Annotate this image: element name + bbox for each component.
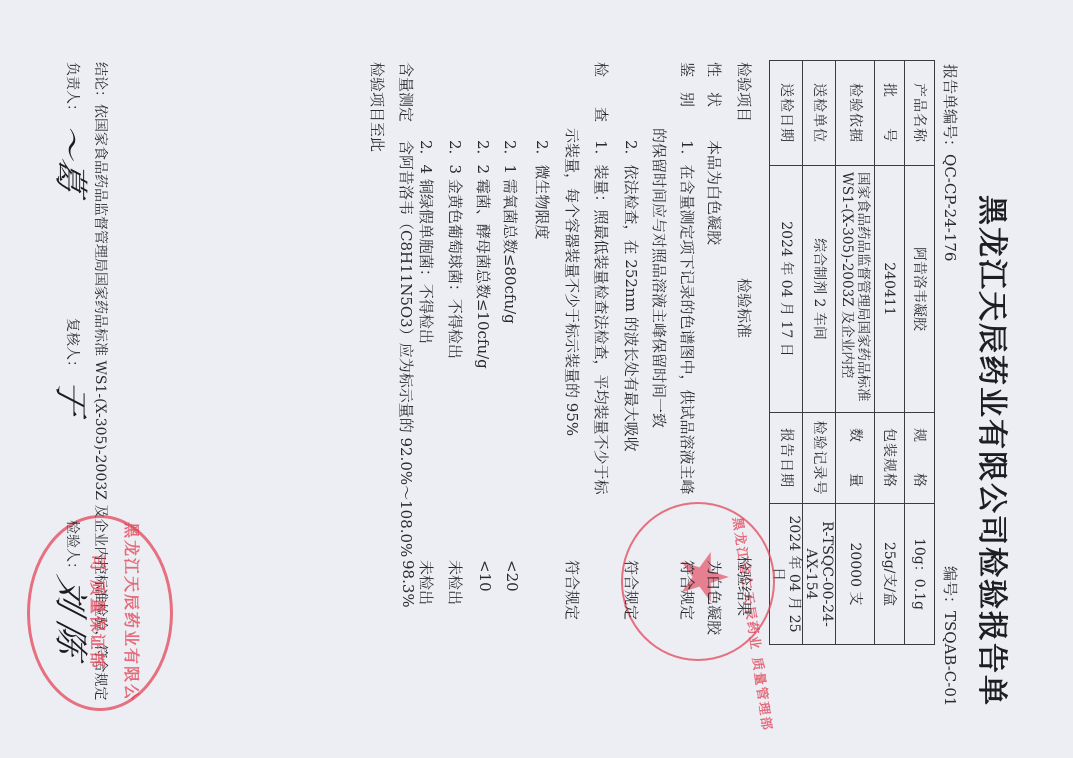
result-value: 未检出 — [416, 560, 437, 605]
end-note: 检验项目至此 — [367, 62, 388, 152]
result-item-label: 含量测定 — [396, 62, 417, 122]
label-batch: 批 号 — [875, 61, 905, 166]
table-row: 送检日期 2024 年 04 月 17 日 报告日期 2024 年 04 月 2… — [770, 61, 803, 645]
label-record-no: 检验记录号 — [803, 413, 836, 504]
inspector-signature: 刘 陈 — [49, 571, 98, 663]
table-row: 检验依据 国家食品药品监督管理局国家药品标准 WS1-(X-305)-2003Z… — [836, 61, 875, 645]
form-serial-label: 编号： — [941, 566, 959, 611]
conclusion-label: 结论： — [92, 62, 108, 104]
responsible-signature: 〜葛 — [49, 118, 98, 199]
report-title: 黑龙江天辰药业有限公司检验报告单 — [973, 195, 1017, 707]
result-value: 符合规定 — [562, 560, 583, 620]
value-batch: 240411 — [875, 166, 905, 413]
result-standard-text: 1．在含量测定项下记录的色谱图中，供试品溶液主峰 — [677, 140, 698, 495]
result-standard-text: 2．3 金黄色葡萄球菌：不得检出 — [445, 140, 466, 359]
result-standard-text: 2．4 铜绿假单胞菌：不得检出 — [416, 140, 437, 344]
value-record-no: R-TSQC-00-24-AX-154 — [803, 504, 836, 645]
header-standard: 检验标准 — [734, 278, 755, 338]
value-basis: 国家食品药品监督管理局国家药品标准 WS1-(X-305)-2003Z 及企业内… — [836, 166, 875, 413]
inspection-report-page: 黑龙江天辰药业有限公司检验报告单 报告单编号：QC-CP-24-176 编号：T… — [0, 0, 1073, 758]
result-standard-text: 的保留时间应与对照品溶液主峰保留时间一致 — [649, 128, 670, 428]
value-product-name: 阿昔洛韦凝胶 — [905, 166, 935, 413]
value-spec: 10g：0.1g — [905, 504, 935, 645]
result-item-label: 检 查 — [591, 62, 612, 122]
result-standard-text: 示装量，每个容器装量不少于标示装量的 95% — [562, 128, 583, 436]
report-number-label: 报告单编号： — [941, 64, 959, 154]
result-standard-text: 1．装量：照最低装量检查法检查，平均装量不少于标 — [591, 140, 612, 495]
result-standard-text: 2．微生物限度 — [532, 140, 553, 240]
label-basis: 检验依据 — [836, 61, 875, 166]
result-value: 符合规定 — [621, 560, 642, 620]
result-value: 98.3% — [399, 560, 417, 608]
report-number: 报告单编号：QC-CP-24-176 — [940, 64, 961, 261]
table-row: 批 号 240411 包装规格 25g/支/盒 — [875, 61, 905, 645]
responsible-label: 负责人： — [63, 62, 83, 118]
reviewer-label: 复核人： — [63, 318, 83, 374]
result-standard-text: 本品为白色凝胶 — [704, 140, 725, 245]
result-value: <20 — [503, 560, 521, 592]
result-item-label: 性 状 — [704, 62, 725, 107]
result-standard-text: 2．2 霉菌、酵母菌总数≤10cfu/g — [473, 140, 494, 369]
inspector-label: 检验人： — [63, 520, 83, 576]
form-serial-value: TSQAB-C-01 — [941, 611, 959, 706]
value-submitter: 综合制剂 2 车间 — [803, 166, 836, 413]
value-quantity: 20000 支 — [836, 504, 875, 645]
form-serial: 编号：TSQAB-C-01 — [940, 566, 961, 706]
label-report-date: 报告日期 — [770, 413, 803, 504]
result-standard-text: 含阿昔洛韦（C8H11N5O3）应为标示量的 92.0%～108.0% — [396, 140, 417, 557]
result-standard-text: 2．1 需氧菌总数≤80cfu/g — [500, 140, 521, 324]
result-value: 未检出 — [445, 560, 466, 605]
label-quantity: 数 量 — [836, 413, 875, 504]
result-value: <10 — [476, 560, 494, 592]
value-package: 25g/支/盒 — [875, 504, 905, 645]
result-item-label: 鉴 别 — [677, 62, 698, 107]
value-submit-date: 2024 年 04 月 17 日 — [770, 166, 803, 413]
label-submitter: 送检单位 — [803, 61, 836, 166]
header-item: 检验项目 — [734, 62, 755, 122]
label-product-name: 产品名称 — [905, 61, 935, 166]
table-row: 送检单位 综合制剂 2 车间 检验记录号 R-TSQC-00-24-AX-154 — [803, 61, 836, 645]
table-row: 产品名称 阿昔洛韦凝胶 规 格 10g：0.1g — [905, 61, 935, 645]
label-submit-date: 送检日期 — [770, 61, 803, 166]
label-spec: 规 格 — [905, 413, 935, 504]
report-number-value: QC-CP-24-176 — [941, 154, 959, 261]
label-package: 包装规格 — [875, 413, 905, 504]
result-value: 符合规定 — [677, 560, 698, 620]
product-info-table: 产品名称 阿昔洛韦凝胶 规 格 10g：0.1g 批 号 240411 包装规格… — [769, 60, 935, 645]
header-result: 检验结果 — [734, 556, 755, 616]
result-value: 为白色凝胶 — [704, 560, 725, 635]
result-standard-text: 2．依法检查，在 252nm 的波长处有最大吸收 — [621, 140, 642, 452]
